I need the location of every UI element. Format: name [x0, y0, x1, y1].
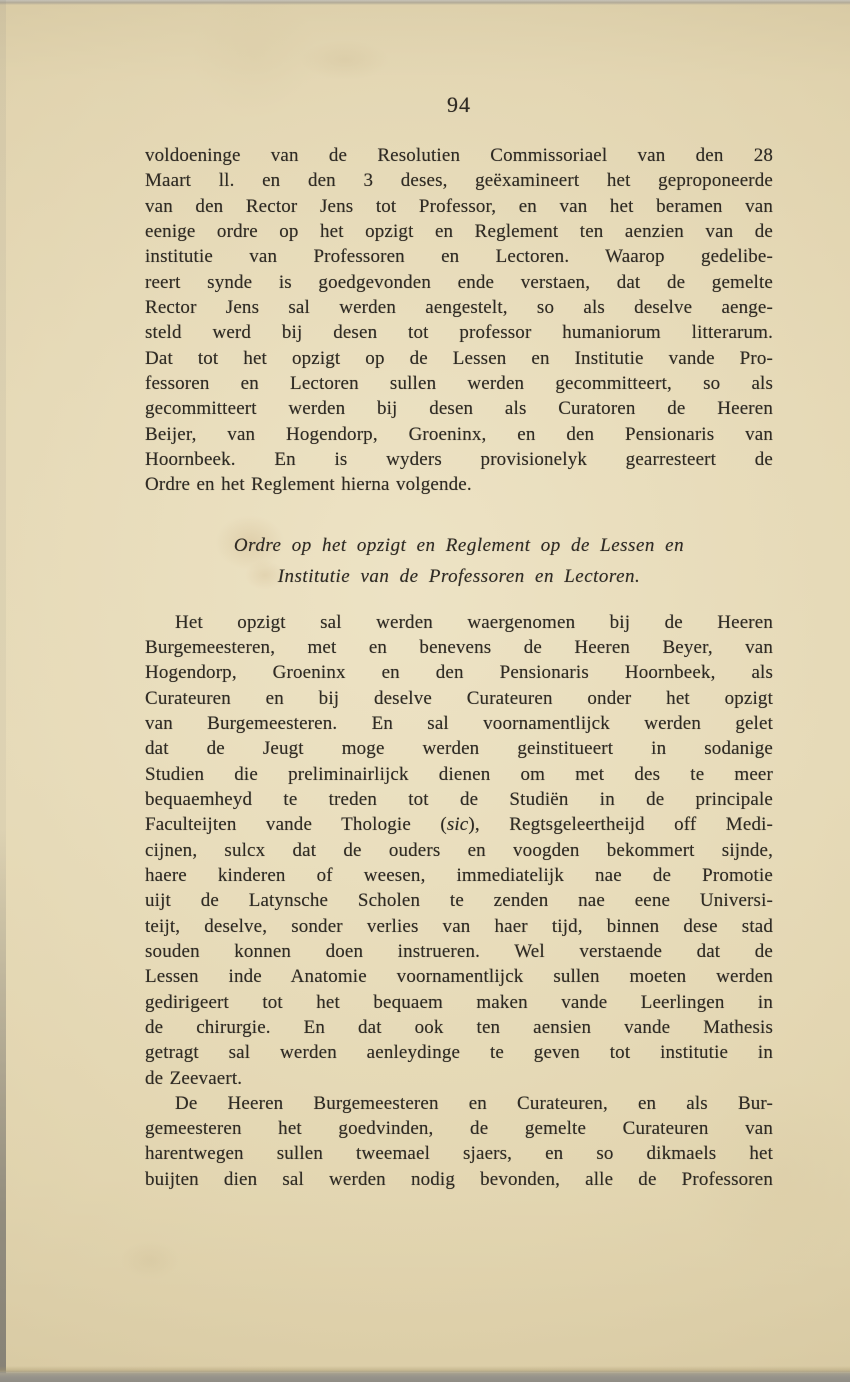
- text-line: Burgemeesteren, met en benevens de Heere…: [145, 635, 773, 660]
- text-line: Hogendorp, Groeninx en den Pensionaris H…: [145, 660, 773, 685]
- text-line: institutie van Professoren en Lectoren. …: [145, 244, 773, 269]
- paper-stain: [120, 1240, 180, 1280]
- section-heading: Ordre op het opzigt en Reglement op de L…: [145, 530, 773, 592]
- scan-edge-left: [0, 0, 6, 1382]
- text-line: Lessen inde Anatomie voornamentlijck sul…: [145, 964, 773, 989]
- text-line: Ordre en het Reglement hierna volgende.: [145, 472, 773, 497]
- text-line: Maart ll. en den 3 deses, geëxamineert h…: [145, 168, 773, 193]
- text-line: fessoren en Lectoren sullen werden gecom…: [145, 371, 773, 396]
- text-line: Ordre op het opzigt en Reglement op de L…: [145, 530, 773, 561]
- paragraph: De Heeren Burgemeesteren en Curateuren, …: [145, 1091, 773, 1192]
- text-line: van Burgemeesteren. En sal voornamentlij…: [145, 711, 773, 736]
- text-line: gemeesteren het goedvinden, de gemelte C…: [145, 1116, 773, 1141]
- text-line: Rector Jens sal werden aengestelt, so al…: [145, 295, 773, 320]
- text-line: de Zeevaert.: [145, 1066, 773, 1091]
- text-line: cijnen, sulcx dat de ouders en voogden b…: [145, 838, 773, 863]
- text-line: van den Rector Jens tot Professor, en va…: [145, 194, 773, 219]
- text-line: Hoornbeek. En is wyders provisionelyk ge…: [145, 447, 773, 472]
- text-line: De Heeren Burgemeesteren en Curateuren, …: [145, 1091, 773, 1116]
- text-line: Beijer, van Hogendorp, Groeninx, en den …: [145, 422, 773, 447]
- body-text: voldoeninge van de Resolutien Commissori…: [145, 143, 773, 1192]
- text-line: haere kinderen of weesen, immediatelijk …: [145, 863, 773, 888]
- scan-edge-bottom: [0, 1370, 850, 1382]
- text-line: gedirigeert tot het bequaem maken vande …: [145, 990, 773, 1015]
- text-line: Studien die preliminairlijck dienen om m…: [145, 762, 773, 787]
- text-line: souden konnen doen instrueren. Wel verst…: [145, 939, 773, 964]
- text-line: Het opzigt sal werden waergenomen bij de…: [145, 610, 773, 635]
- text-line: voldoeninge van de Resolutien Commissori…: [145, 143, 773, 168]
- text-line: uijt de Latynsche Scholen te zenden nae …: [145, 888, 773, 913]
- text-line: bequaemheyd te treden tot de Studiën in …: [145, 787, 773, 812]
- text-line: Institutie van de Professoren en Lectore…: [145, 561, 773, 592]
- text-line: harentwegen sullen tweemael sjaers, en s…: [145, 1141, 773, 1166]
- text-line: dat de Jeugt moge werden geinstitueert i…: [145, 736, 773, 761]
- text-line: reert synde is goedgevonden ende verstae…: [145, 270, 773, 295]
- text-line: de chirurgie. En dat ook ten aensien van…: [145, 1015, 773, 1040]
- book-page: 94 voldoeninge van de Resolutien Commiss…: [0, 0, 850, 1382]
- text-line: buijten dien sal werden nodig bevonden, …: [145, 1167, 773, 1192]
- text-line: Faculteijten vande Thologie (sic), Regts…: [145, 812, 773, 837]
- text-line: Dat tot het opzigt op de Lessen en Insti…: [145, 346, 773, 371]
- text-line: teijt, deselve, sonder verlies van haer …: [145, 914, 773, 939]
- text-line: getragt sal werden aenleydinge te geven …: [145, 1040, 773, 1065]
- paragraph: voldoeninge van de Resolutien Commissori…: [145, 143, 773, 498]
- text-line: steld werd bij desen tot professor human…: [145, 320, 773, 345]
- page-number: 94: [145, 92, 773, 118]
- text-line: Curateuren en bij deselve Curateuren ond…: [145, 686, 773, 711]
- scan-edge-top: [0, 0, 850, 5]
- paragraph: Het opzigt sal werden waergenomen bij de…: [145, 610, 773, 1091]
- text-line: gecommitteert werden bij desen als Curat…: [145, 396, 773, 421]
- text-line: eenige ordre op het opzigt en Reglement …: [145, 219, 773, 244]
- paper-stain: [300, 40, 390, 80]
